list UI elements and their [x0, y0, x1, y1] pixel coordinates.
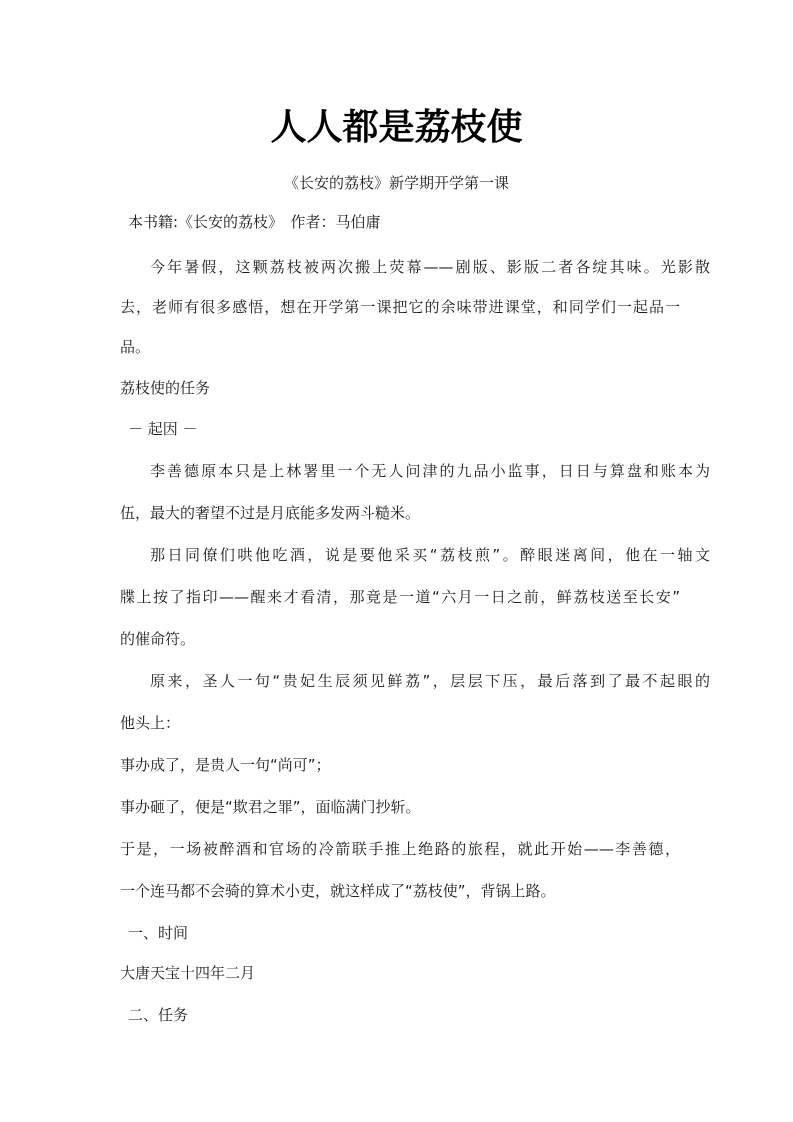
failure-line: 事办砸了，便是“欺君之罪”，面临满门抄斩。	[120, 796, 680, 818]
document-page: 人人都是荔枝使 《长安的荔枝》新学期开学第一课 本书籍:《长安的荔枝》 作者：马…	[0, 0, 793, 1122]
paragraph-2-line-2: 牒上按了指印——醒来才看清，那竟是一道“六月一日之前，鲜荔枝送至长安”	[120, 586, 680, 608]
paragraph-4-line-2: 一个连马都不会骑的算术小吏，就这样成了“荔枝使”，背锅上路。	[120, 880, 680, 902]
document-subtitle: 《长安的荔枝》新学期开学第一课	[0, 172, 793, 194]
cause-heading: － 起因 －	[120, 418, 688, 440]
section-heading: 荔枝使的任务	[120, 377, 680, 399]
intro-line-3: 品。	[120, 336, 680, 358]
paragraph-1-line-1: 李善德原本只是上林署里一个无人问津的九品小监事，日日与算盘和账本为	[120, 460, 710, 482]
intro-line-1: 今年暑假，这颗荔枝被两次搬上荧幕——剧版、影版二者各绽其味。光影散	[120, 256, 710, 278]
paragraph-2-line-3: 的催命符。	[120, 628, 680, 650]
intro-line-2: 去，老师有很多感悟，想在开学第一课把它的余味带进课堂，和同学们一起品一	[120, 296, 680, 318]
success-line: 事办成了，是贵人一句“尚可”；	[120, 754, 680, 776]
book-info: 本书籍:《长安的荔枝》 作者：马伯庸	[120, 211, 688, 233]
paragraph-2-line-1: 那日同僚们哄他吃酒，说是要他采买“荔枝煎”。醉眼迷离间，他在一轴文	[120, 544, 710, 566]
paragraph-3-line-1: 原来，圣人一句“贵妃生辰须见鲜荔”，层层下压，最后落到了最不起眼的	[120, 670, 710, 692]
task-heading: 二、任务	[120, 1004, 688, 1026]
paragraph-3-line-2: 他头上：	[120, 712, 680, 734]
paragraph-1-line-2: 伍，最大的奢望不过是月底能多发两斗糙米。	[120, 502, 680, 524]
time-value: 大唐天宝十四年二月	[120, 962, 680, 984]
document-title: 人人都是荔枝使	[0, 104, 793, 152]
time-heading: 一、时间	[120, 922, 688, 944]
paragraph-4-line-1: 于是，一场被醉酒和官场的冷箭联手推上绝路的旅程，就此开始——李善德，	[120, 838, 680, 860]
